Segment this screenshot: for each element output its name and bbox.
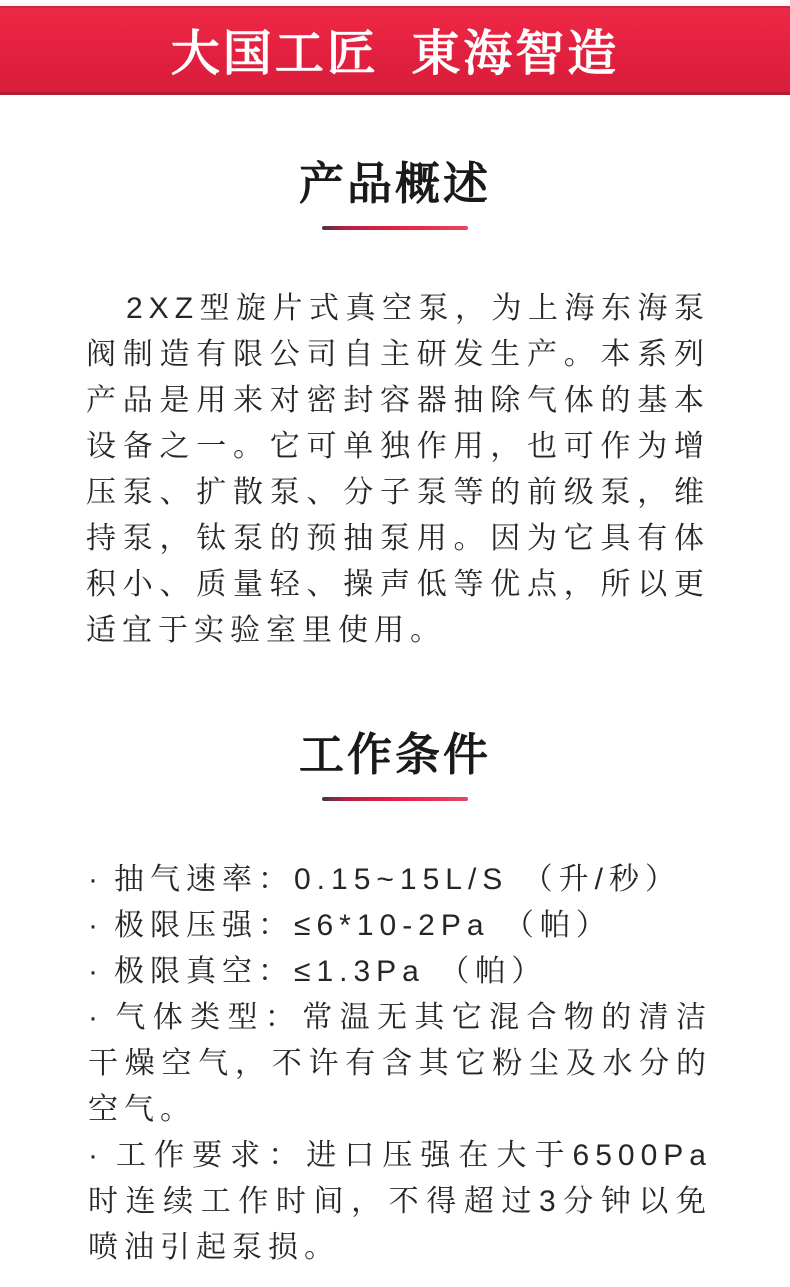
bullet-icon: · [88,863,104,896]
list-item-text: 工作要求：进口压强在大于6500Pa时连续工作时间，不得超过3分钟以免喷油引起泵… [88,1139,712,1264]
overview-title-underline [322,226,468,230]
bullet-icon: · [88,1139,104,1172]
overview-paragraph: 2XZ型旋片式真空泵，为上海东海泵阀制造有限公司自主研发生产。本系列产品是用来对… [86,286,710,654]
list-item: ·抽气速率：0.15~15L/S （升/秒） [88,857,712,903]
overview-section-heading: 产品概述 [0,157,790,230]
list-item-text: 极限真空：≤1.3Pa （帕） [114,955,547,988]
bullet-icon: · [88,1001,104,1034]
list-item-text: 抽气速率：0.15~15L/S （升/秒） [114,863,681,896]
overview-section-title: 产品概述 [0,157,790,211]
list-item-text: 极限压强：≤6*10-2Pa （帕） [114,909,612,942]
list-item: ·气体类型：常温无其它混合物的清洁干燥空气，不许有含其它粉尘及水分的空气。 [88,995,712,1133]
conditions-section-title: 工作条件 [0,728,790,782]
working-conditions-list: ·抽气速率：0.15~15L/S （升/秒） ·极限压强：≤6*10-2Pa （… [88,857,712,1271]
list-item: ·极限真空：≤1.3Pa （帕） [88,949,712,995]
bullet-icon: · [88,909,104,942]
list-item-text: 气体类型：常温无其它混合物的清洁干燥空气，不许有含其它粉尘及水分的空气。 [88,1001,712,1126]
product-detail-page: { "banner": { "title": "大国工匠 東海智造" }, "o… [0,0,790,1287]
list-item: ·工作要求：进口压强在大于6500Pa时连续工作时间，不得超过3分钟以免喷油引起… [88,1133,712,1271]
conditions-title-underline [322,797,468,801]
bullet-icon: · [88,955,104,988]
list-item: ·极限压强：≤6*10-2Pa （帕） [88,903,712,949]
brand-banner: 大国工匠 東海智造 [0,6,790,95]
banner-title: 大国工匠 東海智造 [171,15,620,85]
conditions-section-heading: 工作条件 [0,728,790,801]
